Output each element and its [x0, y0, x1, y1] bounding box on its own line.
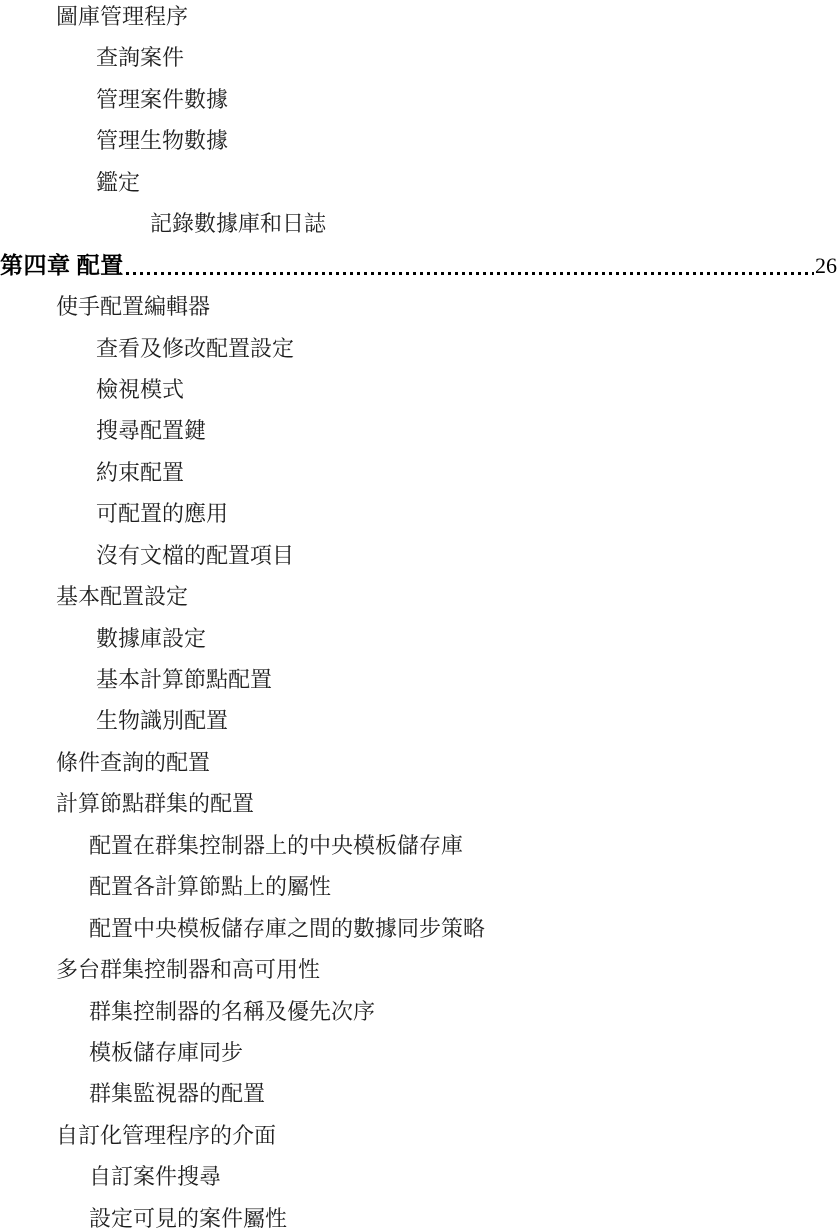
toc-entry[interactable]: 基本配置設定 [0, 576, 840, 617]
toc-entry-label: 管理案件數據 [96, 87, 228, 112]
toc-entry[interactable]: 管理案件數據 [0, 79, 840, 120]
toc-entry-label: 配置在群集控制器上的中央模板儲存庫 [89, 833, 463, 858]
toc-entry-label: 配置中央模板儲存庫之間的數據同步策略 [89, 916, 485, 941]
toc-entry-label: 管理生物數據 [96, 128, 228, 153]
toc-page: 圖庫管理程序 查詢案件 管理案件數據 管理生物數據 鑑定 記錄數據庫和日誌 第四… [0, 0, 840, 1232]
toc-entry-label: 使手配置編輯器 [56, 294, 210, 319]
toc-entry-label: 設定可見的案件屬性 [89, 1206, 287, 1231]
toc-entry[interactable]: 群集控制器的名稱及優先次序 [0, 991, 840, 1032]
toc-entry[interactable]: 設定可見的案件屬性 [0, 1198, 840, 1232]
toc-entry[interactable]: 自訂案件搜尋 [0, 1156, 840, 1197]
toc-entry-label: 多台群集控制器和高可用性 [56, 957, 320, 982]
chapter-page-number: 26 [815, 245, 837, 286]
toc-entry-label: 約束配置 [96, 460, 184, 485]
toc-entry[interactable]: 查看及修改配置設定 [0, 328, 840, 369]
toc-entry[interactable]: 計算節點群集的配置 [0, 783, 840, 824]
toc-entry-label: 沒有文檔的配置項目 [96, 543, 294, 568]
toc-entry[interactable]: 搜尋配置鍵 [0, 410, 840, 451]
toc-entry[interactable]: 自訂化管理程序的介面 [0, 1115, 840, 1156]
toc-entry[interactable]: 生物識別配置 [0, 700, 840, 741]
toc-entry-label: 模板儲存庫同步 [89, 1040, 243, 1065]
toc-entry-label: 自訂化管理程序的介面 [56, 1123, 276, 1148]
toc-entry[interactable]: 管理生物數據 [0, 120, 840, 161]
toc-entry-label: 基本計算節點配置 [96, 667, 272, 692]
toc-entry[interactable]: 可配置的應用 [0, 493, 840, 534]
toc-entry-label: 記錄數據庫和日誌 [150, 211, 326, 236]
toc-entry[interactable]: 約束配置 [0, 452, 840, 493]
toc-entry[interactable]: 配置中央模板儲存庫之間的數據同步策略 [0, 908, 840, 949]
toc-entry-label: 圖庫管理程序 [56, 4, 188, 29]
chapter-title: 第四章 配置 [0, 245, 124, 286]
toc-entry[interactable]: 鑑定 [0, 162, 840, 203]
toc-entry[interactable]: 數據庫設定 [0, 618, 840, 659]
toc-entry[interactable]: 模板儲存庫同步 [0, 1032, 840, 1073]
toc-entry-label: 搜尋配置鍵 [96, 418, 206, 443]
toc-entry-label: 自訂案件搜尋 [89, 1164, 221, 1189]
toc-entry[interactable]: 基本計算節點配置 [0, 659, 840, 700]
toc-entry-label: 群集監視器的配置 [89, 1081, 265, 1106]
toc-entry-label: 群集控制器的名稱及優先次序 [89, 999, 375, 1024]
toc-entry[interactable]: 檢視模式 [0, 369, 840, 410]
toc-entry-label: 基本配置設定 [56, 584, 188, 609]
toc-entry[interactable]: 條件查詢的配置 [0, 742, 840, 783]
toc-entry-label: 配置各計算節點上的屬性 [89, 874, 331, 899]
toc-entry[interactable]: 配置各計算節點上的屬性 [0, 866, 840, 907]
toc-chapter-entry[interactable]: 第四章 配置 26 [0, 245, 840, 286]
toc-entry-label: 查詢案件 [96, 45, 184, 70]
toc-entry-label: 鑑定 [96, 170, 140, 195]
toc-entry[interactable]: 多台群集控制器和高可用性 [0, 949, 840, 990]
toc-entry-label: 生物識別配置 [96, 708, 228, 733]
toc-entry-label: 查看及修改配置設定 [96, 336, 294, 361]
dot-leader [126, 272, 814, 275]
toc-entry[interactable]: 配置在群集控制器上的中央模板儲存庫 [0, 825, 840, 866]
toc-entry-label: 計算節點群集的配置 [56, 791, 254, 816]
toc-entry[interactable]: 記錄數據庫和日誌 [0, 203, 840, 244]
toc-entry[interactable]: 沒有文檔的配置項目 [0, 535, 840, 576]
toc-entry-label: 數據庫設定 [96, 626, 206, 651]
toc-entry[interactable]: 圖庫管理程序 [0, 0, 840, 37]
toc-entry[interactable]: 使手配置編輯器 [0, 286, 840, 327]
toc-entry-label: 可配置的應用 [96, 501, 228, 526]
toc-entry-label: 檢視模式 [96, 377, 184, 402]
toc-entry-label: 條件查詢的配置 [56, 750, 210, 775]
toc-entry[interactable]: 查詢案件 [0, 37, 840, 78]
toc-entry[interactable]: 群集監視器的配置 [0, 1073, 840, 1114]
